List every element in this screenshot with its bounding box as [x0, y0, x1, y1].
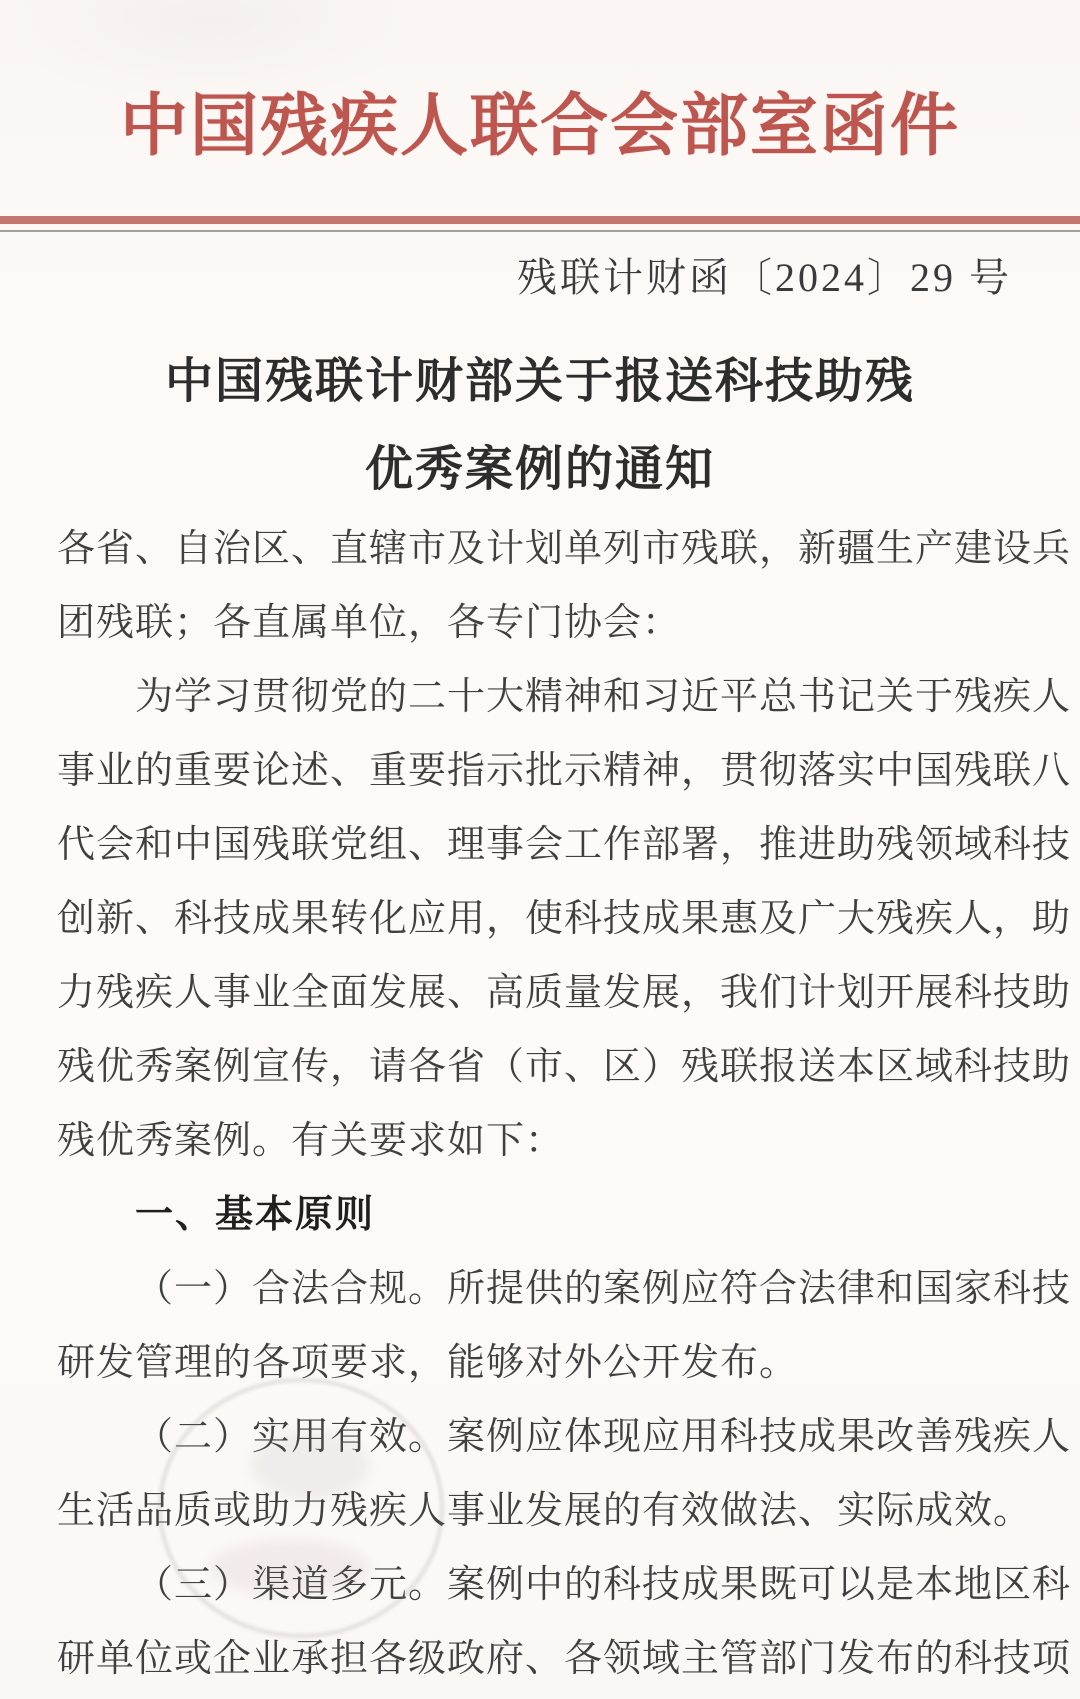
letterhead-rule-gray — [0, 230, 1080, 232]
body-line: 研单位或企业承担各级政府、各领域主管部门发布的科技项 — [57, 1622, 1025, 1696]
document-title-line-1: 中国残联计财部关于报送科技助残 — [0, 338, 1080, 426]
body-line: 事业的重要论述、重要指示批示精神，贯彻落实中国残联八 — [57, 734, 1025, 808]
section-heading: 一、基本原则 — [57, 1178, 1025, 1252]
body-line: 为学习贯彻党的二十大精神和习近平总书记关于残疾人 — [57, 660, 1025, 734]
document-number: 残联计财函〔2024〕29 号 — [517, 246, 1012, 303]
body-line: 残优秀案例。有关要求如下： — [57, 1104, 1025, 1178]
seal-watermark-blot — [250, 1430, 370, 1500]
body-line: 团残联；各直属单位，各专门协会： — [57, 586, 1025, 660]
body-line: 各省、自治区、直辖市及计划单列市残联，新疆生产建设兵 — [57, 512, 1025, 586]
body-line: 力残疾人事业全面发展、高质量发展，我们计划开展科技助 — [57, 956, 1025, 1030]
letterhead-rule-red — [0, 216, 1080, 224]
seal-watermark — [158, 1378, 444, 1638]
letterhead-title: 中国残疾人联合会部室函件 — [0, 72, 1080, 169]
body-line: （一）合法合规。所提供的案例应符合法律和国家科技 — [57, 1252, 1025, 1326]
body-line: 残优秀案例宣传，请各省（市、区）残联报送本区域科技助 — [57, 1030, 1025, 1104]
body-line: 创新、科技成果转化应用，使科技成果惠及广大残疾人，助 — [57, 882, 1025, 956]
document-title: 中国残联计财部关于报送科技助残 优秀案例的通知 — [0, 338, 1080, 514]
document-title-line-2: 优秀案例的通知 — [0, 426, 1080, 514]
scanned-document-page: 中国残疾人联合会部室函件 残联计财函〔2024〕29 号 中国残联计财部关于报送… — [0, 0, 1080, 1699]
body-line: 代会和中国残联党组、理事会工作部署，推进助残领域科技 — [57, 808, 1025, 882]
seal-watermark-blot — [210, 1540, 370, 1595]
body-line: 研发管理的各项要求，能够对外公开发布。 — [57, 1326, 1025, 1400]
